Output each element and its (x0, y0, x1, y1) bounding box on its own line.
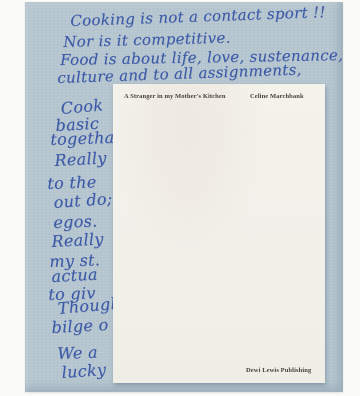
book-cover-photo: Cooking is not a contact sport !! Nor is… (0, 0, 360, 396)
book-title: A Stranger in my Mother's Kitchen (124, 94, 226, 101)
handwritten-fragment: bilge o (51, 315, 109, 337)
handwritten-fragment: lucky (61, 360, 107, 382)
handwritten-fragment: Really (54, 148, 107, 170)
book-author: Celine Marchbank (250, 94, 304, 101)
book-publisher: Dewi Lewis Publishing (246, 368, 311, 375)
cover-title-page: A Stranger in my Mother's Kitchen Celine… (113, 84, 325, 383)
handwritten-fragment: togetha (50, 128, 115, 149)
handwritten-fragment: Really (51, 229, 104, 251)
